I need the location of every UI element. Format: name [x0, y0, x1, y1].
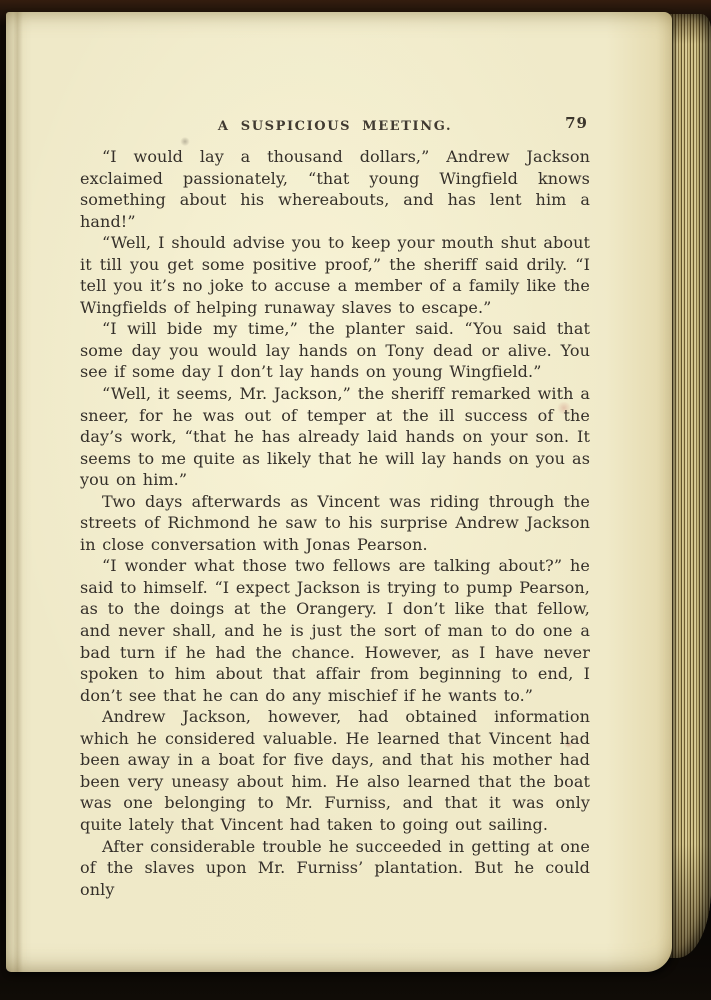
paragraph: “I would lay a thousand dollars,” Andrew…: [80, 146, 590, 232]
paragraph: “Well, it seems, Mr. Jackson,” the sheri…: [80, 383, 590, 491]
paragraph: Two days afterwards as Vincent was ridin…: [80, 491, 590, 556]
book-fore-edge-pages: [666, 14, 711, 958]
page-number: 79: [565, 114, 588, 132]
paragraph: “I wonder what those two fellows are tal…: [80, 555, 590, 706]
paragraph: “I will bide my time,” the planter said.…: [80, 318, 590, 383]
chapter-header-title: A SUSPICIOUS MEETING.: [218, 119, 452, 134]
page-content: A SUSPICIOUS MEETING. 79 “I would lay a …: [80, 115, 590, 900]
paragraph: “Well, I should advise you to keep your …: [80, 232, 590, 318]
paragraph: Andrew Jackson, however, had obtained in…: [80, 706, 590, 835]
book-scan: A SUSPICIOUS MEETING. 79 “I would lay a …: [0, 0, 711, 1000]
book-page: A SUSPICIOUS MEETING. 79 “I would lay a …: [6, 12, 672, 972]
paragraph: After considerable trouble he succeeded …: [80, 836, 590, 901]
running-head: A SUSPICIOUS MEETING. 79: [80, 115, 590, 133]
